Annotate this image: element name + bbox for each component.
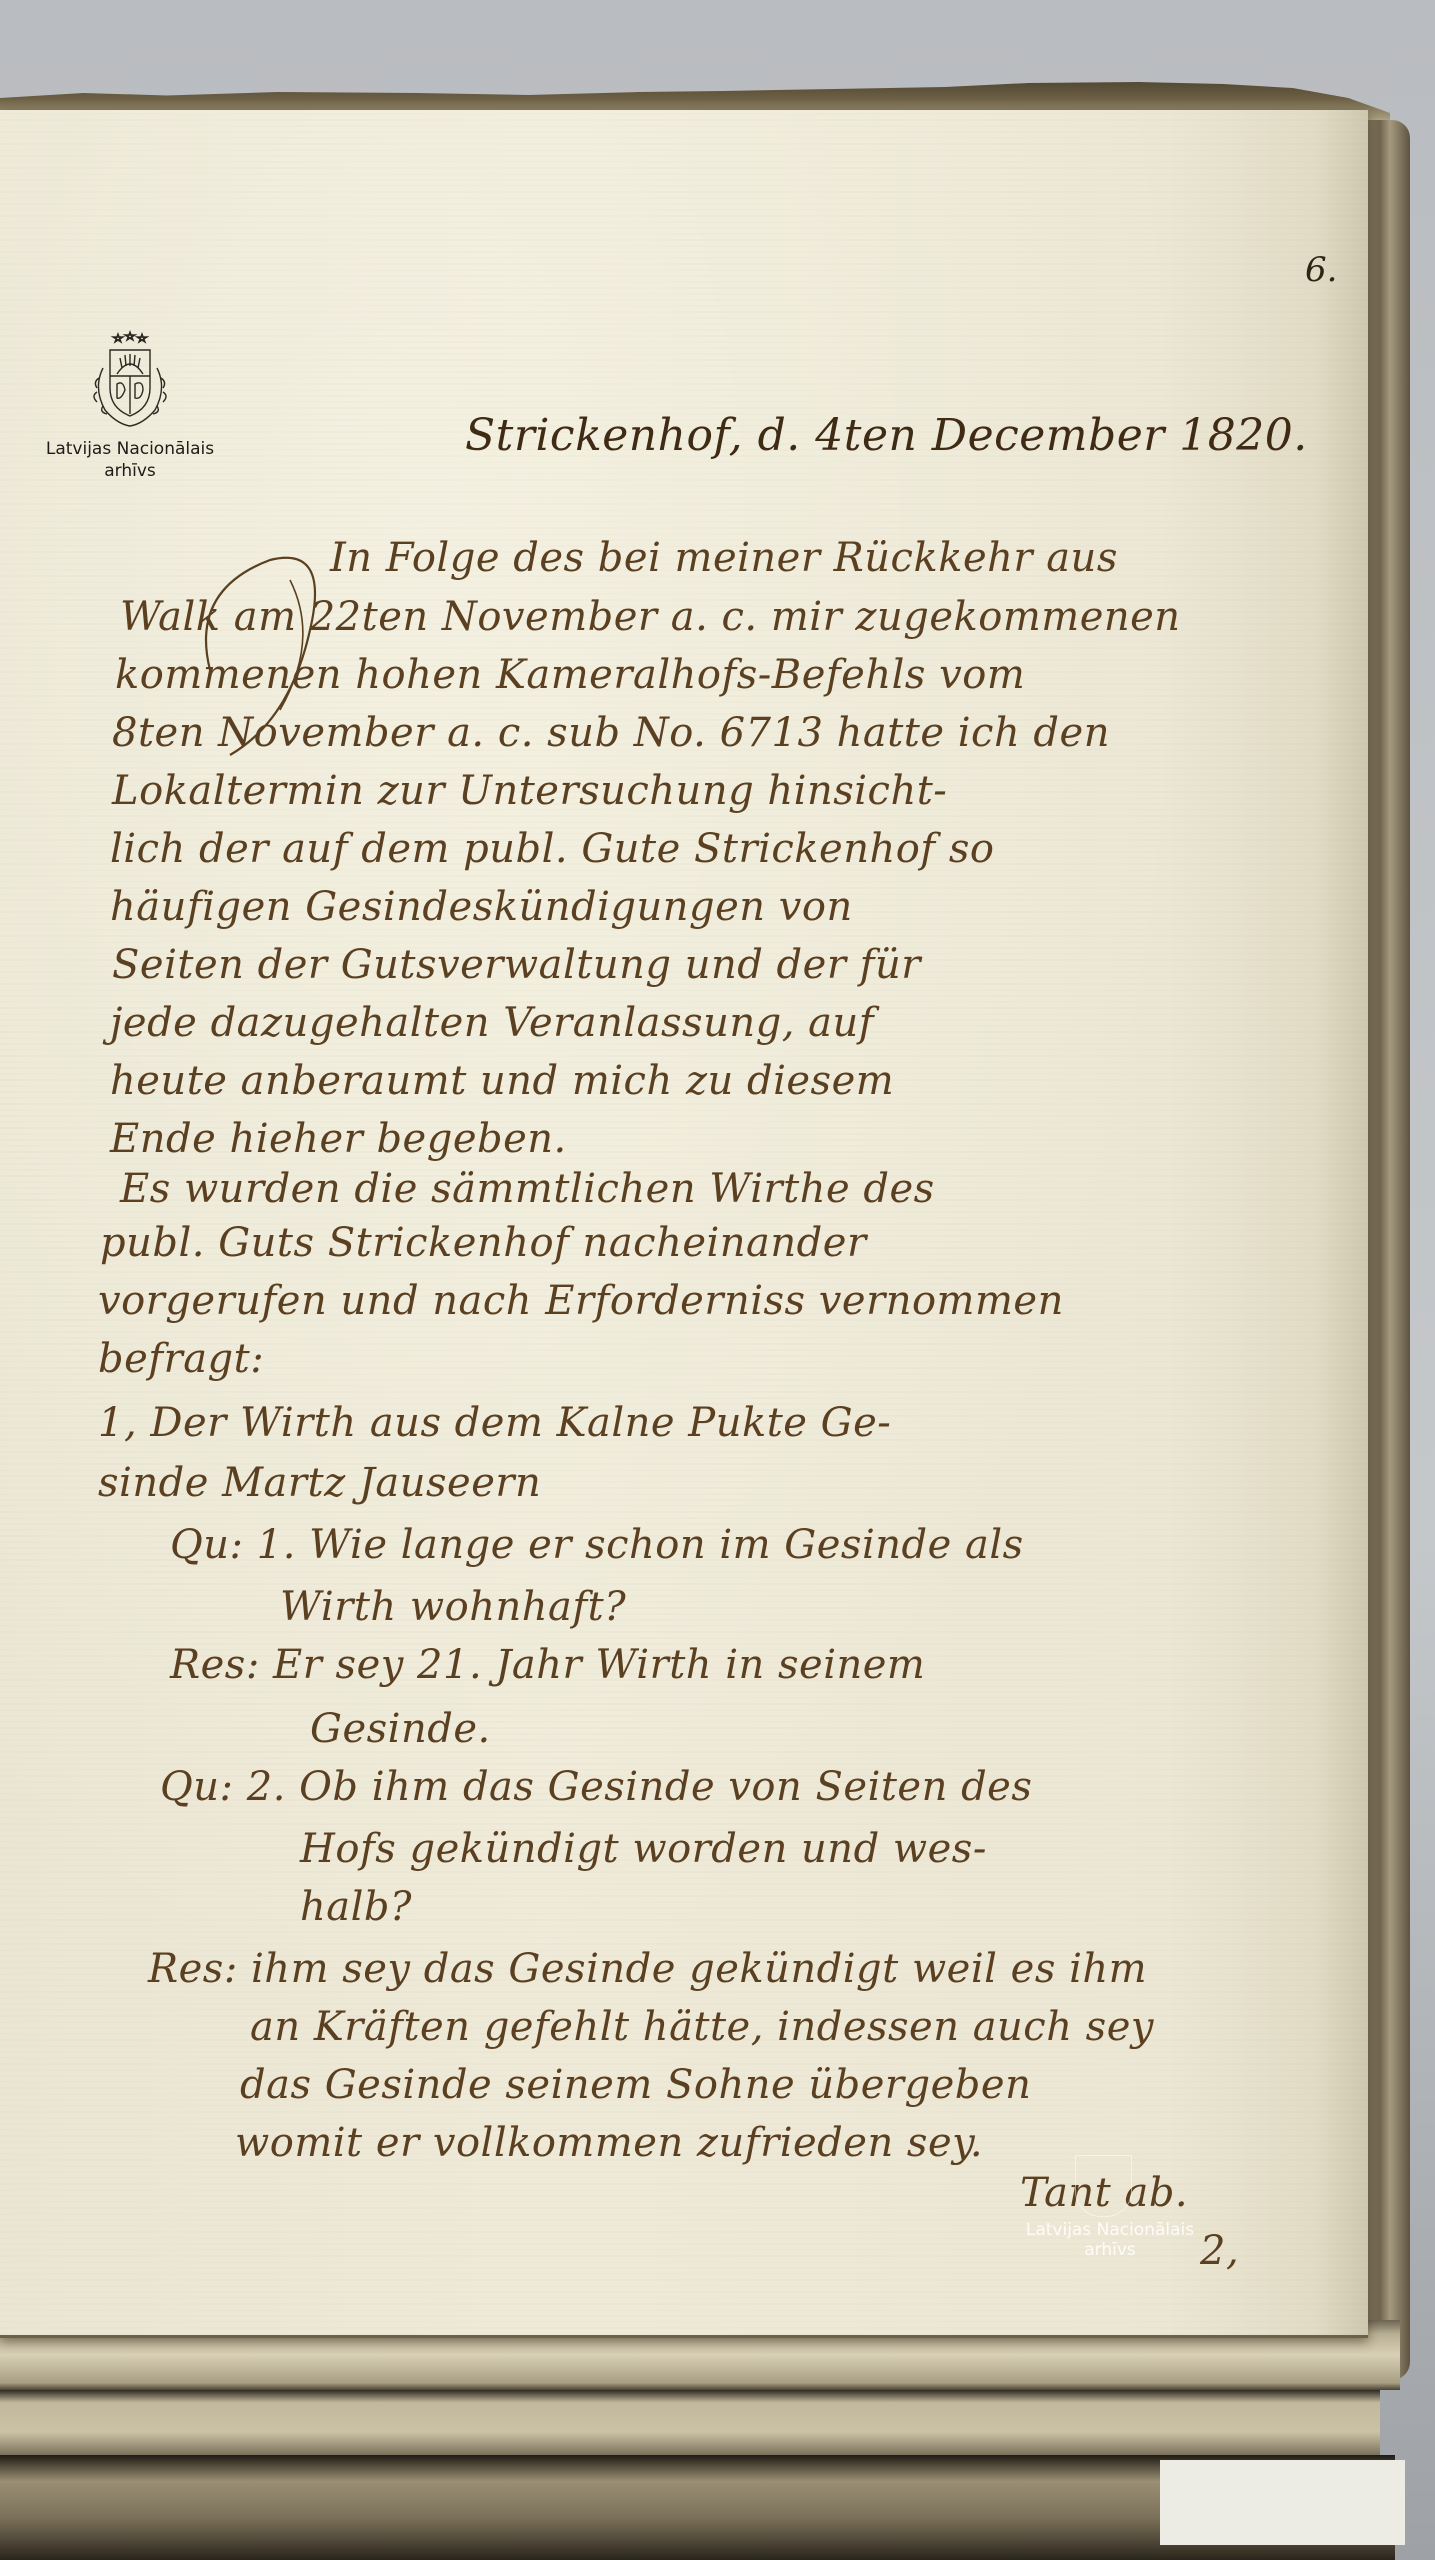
text-line: 1, Der Wirth aus dem Kalne Pukte Ge- — [98, 1400, 891, 1446]
folio-number: 6. — [1305, 250, 1337, 290]
text-line: vorgerufen und nach Erforderniss vernomm… — [98, 1278, 1064, 1324]
watermark-shield-icon — [1075, 2155, 1132, 2217]
text-line: heute anberaumt und mich zu diesem — [110, 1058, 894, 1104]
text-line: häufigen Gesindeskündigungen von — [110, 884, 853, 930]
text-line: jede dazugehalten Veranlassung, auf — [110, 1000, 874, 1046]
document-heading: Strickenhof, d. 4ten December 1820. — [465, 410, 1308, 461]
question-line: halb? — [300, 1884, 412, 1930]
text-line: Es wurden die sämmtlichen Wirthe des — [120, 1166, 935, 1212]
watermark-line2: arhīvs — [1010, 2240, 1210, 2260]
text-line: befragt: — [98, 1336, 264, 1382]
response-line: Res: Er sey 21. Jahr Wirth in seinem — [170, 1642, 925, 1688]
manuscript-page: 6. Latvijas Nacionālais arhīvs Strickenh… — [0, 110, 1368, 2338]
question-line: Qu: 2. Ob ihm das Gesinde von Seiten des — [160, 1764, 1032, 1810]
response-line: das Gesinde seinem Sohne übergeben — [240, 2062, 1031, 2108]
paper-slip — [1160, 2460, 1405, 2545]
text-line: kommenen hohen Kameralhofs-Befehls vom — [115, 652, 1025, 698]
archive-name-line1: Latvijas Nacionālais — [40, 438, 220, 460]
text-line: In Folge des bei meiner Rückkehr aus — [330, 535, 1118, 581]
archive-logo: Latvijas Nacionālais arhīvs — [40, 328, 220, 482]
response-line: womit er vollkommen zufrieden sey. — [235, 2120, 983, 2166]
question-line: Qu: 1. Wie lange er schon im Gesinde als — [170, 1522, 1024, 1568]
text-line: lich der auf dem publ. Gute Strickenhof … — [110, 826, 994, 872]
text-line: 8ten November a. c. sub No. 6713 hatte i… — [112, 710, 1110, 756]
page-stack-bottom-layer — [0, 2390, 1380, 2460]
archive-name-line2: arhīvs — [40, 460, 220, 482]
text-line: sinde Martz Jauseern — [98, 1460, 541, 1506]
watermark-line1: Latvijas Nacionālais — [1010, 2220, 1210, 2240]
archive-watermark: Latvijas Nacionālais arhīvs — [1010, 2220, 1210, 2260]
question-line: Hofs gekündigt worden und wes- — [300, 1826, 987, 1872]
question-line: Wirth wohnhaft? — [280, 1584, 626, 1630]
response-line: Res: ihm sey das Gesinde gekündigt weil … — [148, 1946, 1147, 1992]
text-line: Walk am 22ten November a. c. mir zugekom… — [120, 594, 1181, 640]
response-line: Gesinde. — [310, 1706, 491, 1752]
latvian-coat-of-arms-icon — [75, 328, 185, 438]
text-line: Lokaltermin zur Untersuchung hinsicht- — [112, 768, 947, 814]
text-line: publ. Guts Strickenhof nacheinander — [100, 1220, 867, 1266]
text-line: Ende hieher begeben. — [110, 1116, 567, 1162]
response-line: an Kräften gefehlt hätte, indessen auch … — [250, 2004, 1154, 2050]
text-line: Seiten der Gutsverwaltung und der für — [112, 942, 921, 988]
